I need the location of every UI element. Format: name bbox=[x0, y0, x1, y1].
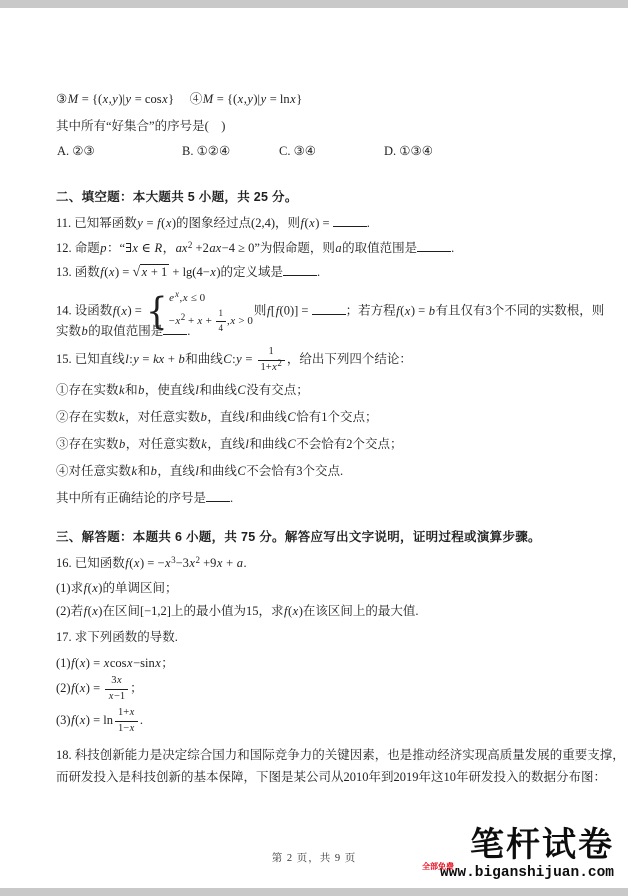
question-12: 12. 命题p：“∃x ∈ R，ax2 +2ax−4 ≥ 0”为假命题，则a的取… bbox=[56, 241, 454, 257]
question-15-item-2: ②存在实数k，对任意实数b，直线l和曲线C恰有1个交点； bbox=[56, 410, 377, 426]
question-15-item-1: ①存在实数k和b，使直线l和曲线C没有交点； bbox=[56, 383, 309, 399]
question-16-part-1: (1)求f(x)的单调区间； bbox=[56, 581, 177, 597]
question-15-item-4: ④对任意实数k和b，直线l和曲线C不会恰有3个交点. bbox=[56, 464, 343, 480]
question-14-line-2: 实数b的取值范围是. bbox=[56, 324, 190, 340]
question-16-part-2: (2)若f(x)在区间[−1,2]上的最小值为15，求f(x)在该区间上的最大值… bbox=[56, 604, 418, 620]
watermark-url-row: 全部免费www.biganshijuan.com bbox=[440, 864, 614, 883]
question-15-item-3: ③存在实数b，对任意实数k，直线l和曲线C不会恰有2个交点； bbox=[56, 437, 402, 453]
question-17-title: 17. 求下列函数的导数. bbox=[56, 630, 178, 646]
choice-a: A. ②③ bbox=[57, 144, 95, 160]
choice-b: B. ①②④ bbox=[182, 144, 230, 160]
watermark-url: www.biganshijuan.com bbox=[440, 865, 614, 881]
question-10-sets-line: ③M = {(x,y)|y = cosx} ④M = {(x,y)|y = ln… bbox=[56, 92, 302, 108]
question-17-part-3: (3)f(x) = ln1+x1−x. bbox=[56, 706, 143, 736]
question-15-prompt: 其中所有正确结论的序号是. bbox=[56, 491, 233, 507]
question-17-part-2: (2)f(x) = 3xx−1； bbox=[56, 674, 143, 704]
question-15-intro: 15. 已知直线l:y = kx + b和曲线C:y = 11+x2，给出下列四… bbox=[56, 345, 412, 375]
watermark-logo: 笔杆试卷 全部免费www.biganshijuan.com bbox=[440, 828, 614, 883]
question-18-line-2: 而研发投入是科技创新的基本保障，下图是某公司从2010年到2019年这10年研发… bbox=[56, 770, 606, 786]
question-11: 11. 已知幂函数y = f(x)的图象经过点(2,4)，则f(x) = . bbox=[56, 216, 370, 232]
question-10-prompt: 其中所有“好集合”的序号是( ) bbox=[56, 119, 225, 135]
watermark-brand: 笔杆试卷 bbox=[440, 828, 614, 864]
choice-d: D. ①③④ bbox=[384, 144, 433, 160]
question-16: 16. 已知函数f(x) = −x3−3x2 +9x + a. bbox=[56, 556, 247, 572]
question-13: 13. 函数f(x) = √x + 1 + lg(4−x)的定义域是. bbox=[56, 264, 320, 282]
section-2-header: 二、填空题：本大题共 5 小题，共 25 分。 bbox=[56, 190, 298, 206]
watermark-free-label: 全部免费 bbox=[422, 862, 454, 872]
section-3-header: 三、解答题：本题共 6 小题，共 75 分。解答应写出文字说明，证明过程或演算步… bbox=[56, 530, 541, 546]
question-18-line-1: 18. 科技创新能力是决定综合国力和国际竞争力的关键因素，也是推动经济实现高质量… bbox=[56, 748, 625, 764]
question-17-part-1: (1)f(x) = xcosx−sinx； bbox=[56, 656, 174, 672]
exam-page: ③M = {(x,y)|y = cosx} ④M = {(x,y)|y = ln… bbox=[0, 8, 628, 888]
choice-c: C. ③④ bbox=[279, 144, 316, 160]
